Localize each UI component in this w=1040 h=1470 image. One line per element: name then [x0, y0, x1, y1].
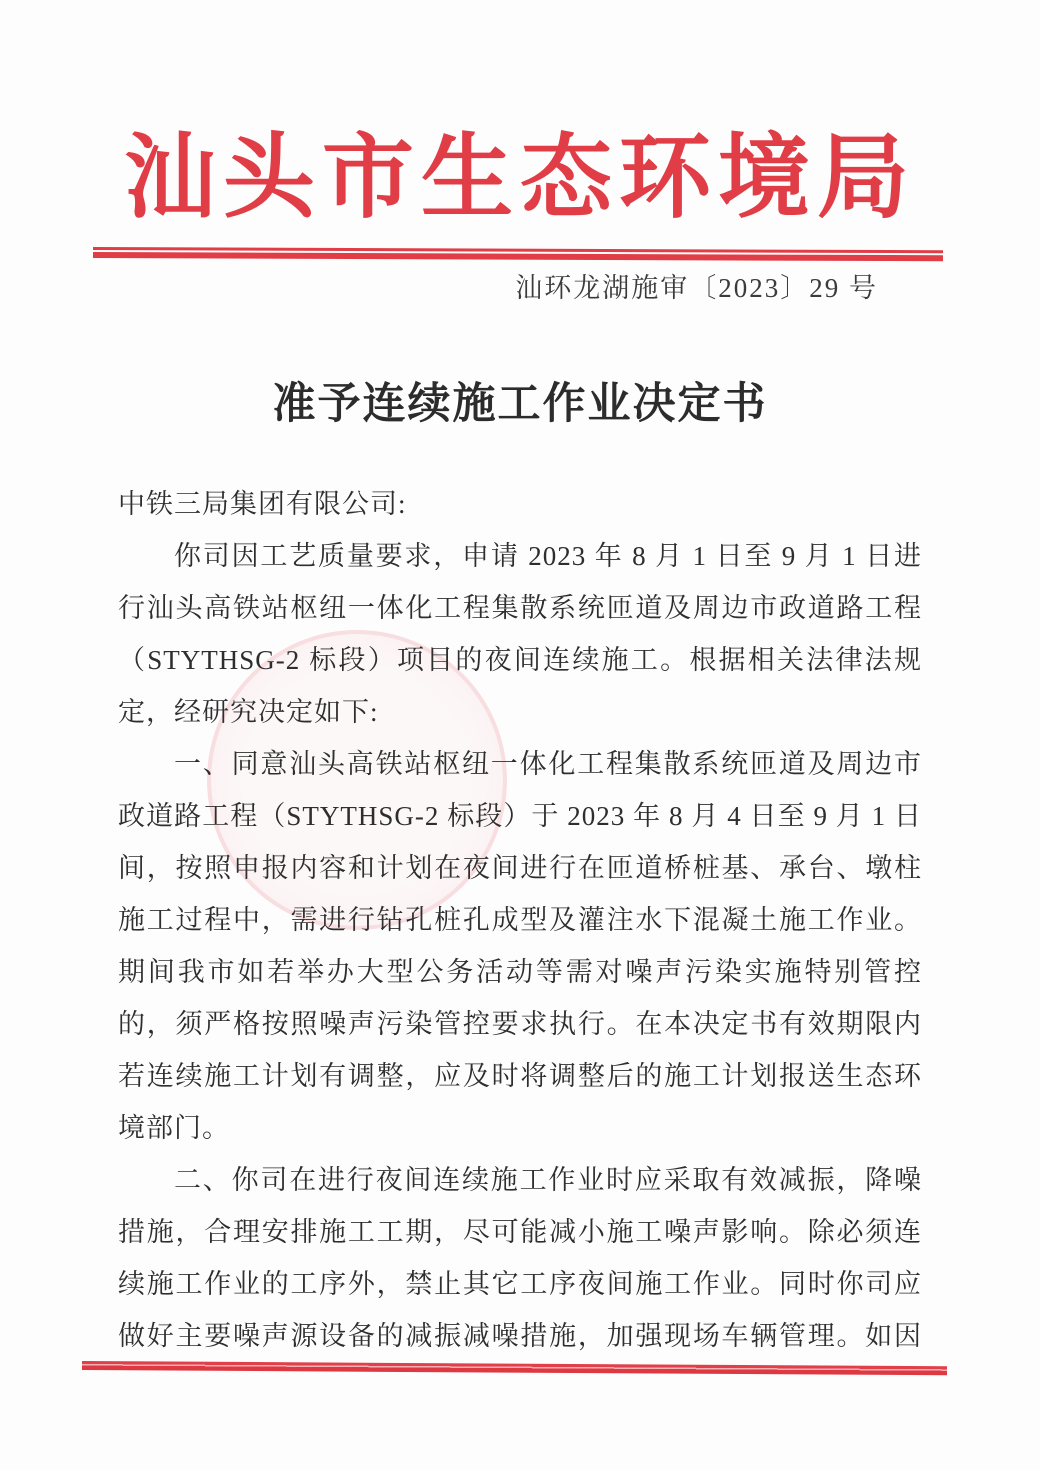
body-line: 境部门。 — [118, 1102, 922, 1154]
body-line: 间，按照申报内容和计划在夜间进行在匝道桥桩基、承台、墩柱 — [118, 842, 922, 894]
body-line: 的，须严格按照噪声污染管控要求执行。在本决定书有效期限内 — [118, 998, 922, 1050]
red-double-separator-line — [93, 247, 943, 261]
body-line: 行汕头高铁站枢纽一体化工程集散系统匝道及周边市政道路工程 — [118, 582, 922, 634]
document-body: 中铁三局集团有限公司:你司因工艺质量要求，申请 2023 年 8 月 1 日至 … — [118, 478, 922, 1362]
body-line: 施工过程中，需进行钻孔桩孔成型及灌注水下混凝土施工作业。 — [118, 894, 922, 946]
body-line: 你司因工艺质量要求，申请 2023 年 8 月 1 日至 9 月 1 日进 — [118, 530, 922, 582]
body-line: 续施工作业的工序外，禁止其它工序夜间施工作业。同时你司应 — [118, 1258, 922, 1310]
body-line: 做好主要噪声源设备的减振减噪措施，加强现场车辆管理。如因 — [118, 1310, 922, 1362]
body-line: 定，经研究决定如下: — [118, 686, 922, 738]
document-number: 汕环龙湖施审〔2023〕29 号 — [515, 266, 878, 305]
body-line: 二、你司在进行夜间连续施工作业时应采取有效减振，降噪 — [118, 1154, 922, 1206]
body-line: 一、同意汕头高铁站枢纽一体化工程集散系统匝道及周边市 — [118, 738, 922, 790]
body-line: 期间我市如若举办大型公务活动等需对噪声污染实施特别管控 — [118, 946, 922, 998]
scanned-document-page: 汕头市生态环境局 汕环龙湖施审〔2023〕29 号 准予连续施工作业决定书 中铁… — [0, 0, 1040, 1470]
bottom-red-border-line — [82, 1361, 947, 1375]
body-line: 政道路工程（STYTHSG-2 标段）于 2023 年 8 月 4 日至 9 月… — [118, 790, 922, 842]
document-title: 准予连续施工作业决定书 — [0, 370, 1040, 431]
body-line: 若连续施工计划有调整，应及时将调整后的施工计划报送生态环 — [118, 1050, 922, 1102]
body-line: 中铁三局集团有限公司: — [118, 478, 922, 530]
agency-name-header: 汕头市生态环境局 — [0, 126, 1040, 232]
body-line: （STYTHSG-2 标段）项目的夜间连续施工。根据相关法律法规规 — [118, 634, 922, 686]
body-line: 措施，合理安排施工工期，尽可能减小施工噪声影响。除必须连 — [118, 1206, 922, 1258]
